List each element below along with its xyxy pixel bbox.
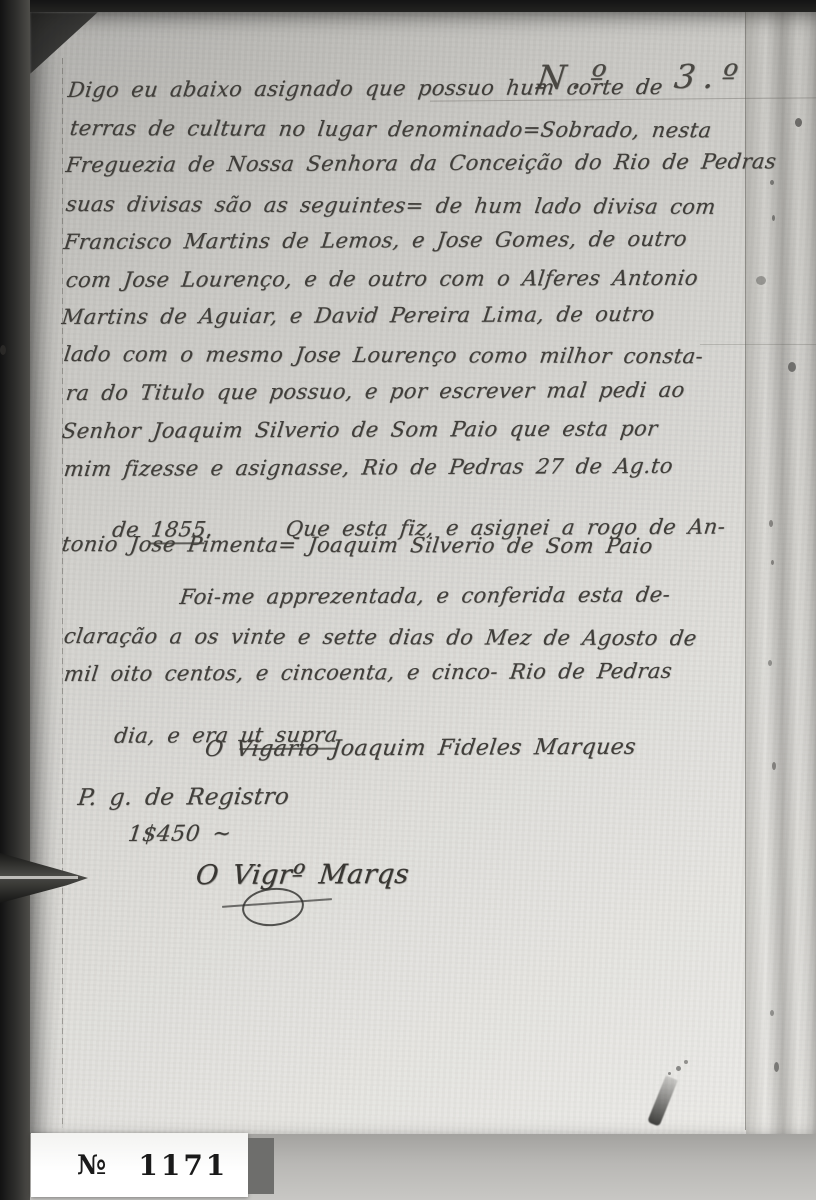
line-text: Francisco Martins de Lemos, e Jose Gomes… (63, 227, 689, 254)
manuscript-line-06: com Jose Lourenço, e de outro com o Alfe… (65, 266, 700, 292)
line-text: mim fizesse e asignasse, Rio de Pedras 2… (63, 454, 675, 481)
line-text: Digo eu abaixo asignado que possuo hum c… (67, 75, 665, 102)
line-text: Martins de Aguiar, e David Pereira Lima,… (61, 302, 656, 329)
fee-line: 1$450 ~ (127, 821, 233, 847)
manuscript-line-11: mim fizesse e asignasse, Rio de Pedras 2… (63, 454, 675, 481)
line-text: tonio Jose Pimenta= Joaquim Silverio de … (60, 532, 654, 558)
ink-speck (774, 1062, 779, 1072)
line-text: claração a os vinte e sette dias do Mez … (62, 624, 698, 650)
manuscript-page (30, 12, 816, 1136)
manuscript-line-05: Francisco Martins de Lemos, e Jose Gomes… (63, 227, 689, 254)
ink-speck (770, 1010, 774, 1016)
ink-speck (756, 276, 766, 285)
ink-speck (769, 520, 773, 527)
line-text: mil oito centos, e cincoenta, e cinco- R… (63, 659, 674, 686)
scan-border-left (0, 0, 30, 1200)
ink-speck (684, 1060, 688, 1064)
manuscript-line-04: suas divisas são as seguintes= de hum la… (64, 192, 717, 219)
ink-speck (795, 118, 802, 127)
line-text: suas divisas são as seguintes= de hum la… (64, 192, 717, 219)
manuscript-line-03: Freguezia de Nossa Senhora da Conceição … (65, 149, 778, 177)
vicar-name-line: O Vigario Joaquim Fideles Marques (204, 735, 638, 762)
line-text: ra do Titulo que possuo, e por escrever … (65, 378, 687, 405)
signature-line: O Vigrº Marqs (194, 859, 411, 891)
left-margin-rule (62, 58, 63, 1128)
label-shadow-block (248, 1138, 274, 1194)
line-text: Foi-me apprezentada, e conferida esta de… (179, 582, 672, 609)
ink-speck (788, 362, 796, 372)
ink-speck (768, 660, 772, 666)
line-text: P. g. de Registro (76, 784, 290, 811)
edge-mark (0, 345, 6, 355)
line-text: com Jose Lourenço, e de outro com o Alfe… (65, 266, 700, 292)
archive-number: 1171 (138, 1149, 228, 1182)
line-text: lado com o mesmo Jose Lourenço como milh… (62, 342, 704, 368)
scan-scratch-line (700, 344, 816, 345)
ink-speck (771, 560, 774, 565)
binding-gutter (746, 12, 816, 1134)
manuscript-line-07: Martins de Aguiar, e David Pereira Lima,… (61, 302, 656, 329)
manuscript-line-02: terras de cultura no lugar denominado=So… (68, 116, 713, 142)
manuscript-line-15: claração a os vinte e sette dias do Mez … (62, 624, 698, 650)
manuscript-line-08: lado com o mesmo Jose Lourenço como milh… (62, 342, 704, 368)
scan-border-top (0, 0, 816, 12)
signature-text: O Vigrº Marqs (194, 859, 411, 891)
ink-speck (772, 215, 775, 221)
ink-speck (668, 1072, 671, 1075)
manuscript-line-13: tonio Jose Pimenta= Joaquim Silverio de … (60, 532, 654, 558)
manuscript-line-10: Senhor Joaquim Silverio de Som Paio que … (61, 416, 660, 443)
binding-clasp-highlight (0, 876, 78, 879)
manuscript-line-16: mil oito centos, e cincoenta, e cinco- R… (63, 659, 674, 686)
manuscript-line-09: ra do Titulo que possuo, e por escrever … (65, 378, 687, 405)
numero-symbol: № (77, 1150, 106, 1181)
manuscript-line-14: Foi-me apprezentada, e conferida esta de… (179, 582, 672, 609)
ink-speck (770, 180, 774, 185)
line-text: Senhor Joaquim Silverio de Som Paio que … (61, 416, 660, 443)
line-text: terras de cultura no lugar denominado=So… (68, 116, 713, 142)
line-text: O Vigario Joaquim Fideles Marques (204, 735, 638, 762)
ink-speck (772, 762, 776, 770)
manuscript-line-01: Digo eu abaixo asignado que possuo hum c… (67, 75, 665, 102)
archive-number-label: № 1171 (31, 1133, 248, 1197)
ink-speck (676, 1066, 681, 1071)
line-text: Freguezia de Nossa Senhora da Conceição … (65, 149, 778, 177)
registry-line: P. g. de Registro (76, 784, 290, 811)
line-text: 1$450 ~ (127, 821, 233, 847)
